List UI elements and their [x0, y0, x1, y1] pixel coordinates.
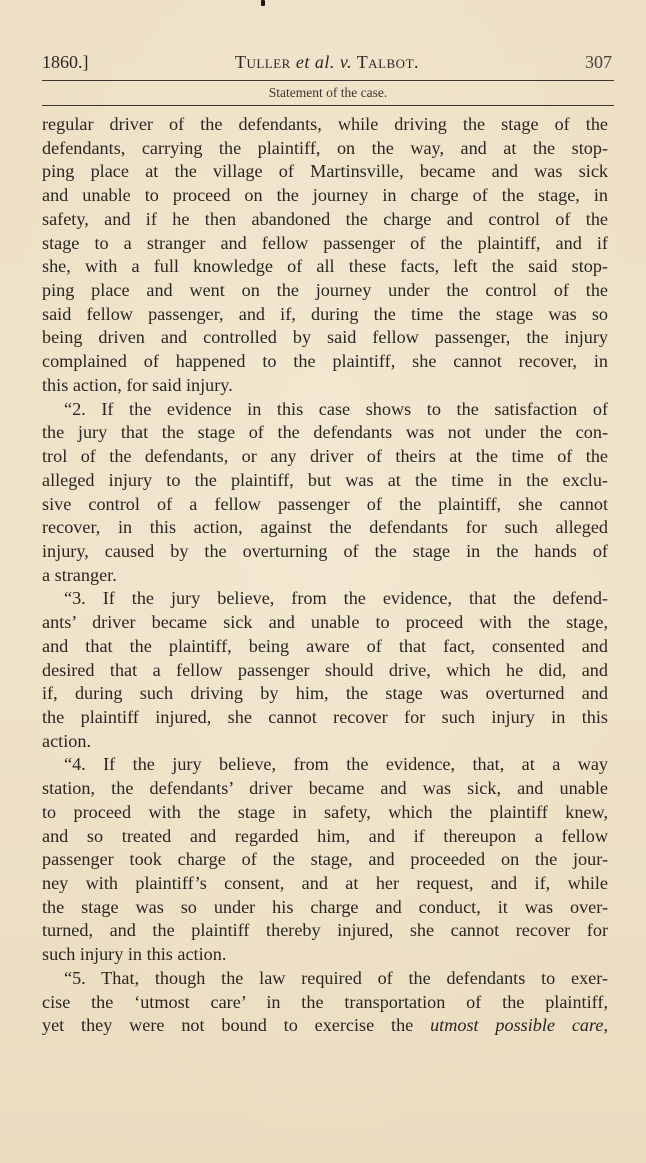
section-heading: Statement of the case.	[42, 85, 614, 101]
section-rule	[42, 105, 614, 106]
text-line: this action, for said injury.	[42, 374, 608, 398]
text-line: and unable to proceed on the journey in …	[42, 184, 608, 208]
text-line: alleged injury to the plaintiff, but was…	[42, 469, 608, 493]
text-line: the jury that the stage of the defendant…	[42, 421, 608, 445]
instruction-4-start: “4. If the jury believe, from the eviden…	[42, 753, 608, 777]
text-line: to proceed with the stage in safety, whi…	[42, 801, 608, 825]
instruction-5-start: “5. That, though the law required of the…	[42, 967, 608, 991]
header-rule	[42, 80, 614, 81]
case-party-2: Talbot.	[352, 52, 419, 72]
text-line: and that the plaintiff, being aware of t…	[42, 635, 608, 659]
text-line: regular driver of the defendants, while …	[42, 113, 608, 137]
text-line: the plaintiff injured, she cannot recove…	[42, 706, 608, 730]
text-line: station, the defendants’ driver became a…	[42, 777, 608, 801]
text-line: a stranger.	[42, 564, 608, 588]
text-line: safety, and if he then abandoned the cha…	[42, 208, 608, 232]
text-line: being driven and controlled by said fell…	[42, 326, 608, 350]
case-et-al: et al.	[296, 52, 335, 72]
text-line: and so treated and regarded him, and if …	[42, 825, 608, 849]
text-line: the stage was so under his charge and co…	[42, 896, 608, 920]
text-line: sive control of a fellow passenger of th…	[42, 493, 608, 517]
text-line: ping place and went on the journey under…	[42, 279, 608, 303]
ink-mark	[261, 0, 265, 6]
text-line: said fellow passenger, and if, during th…	[42, 303, 608, 327]
text-line: ney with plaintiff’s consent, and at her…	[42, 872, 608, 896]
instruction-3-start: “3. If the jury believe, from the eviden…	[42, 587, 608, 611]
text-line: defendants, carrying the plaintiff, on t…	[42, 137, 608, 161]
text-line: she, with a full knowledge of all these …	[42, 255, 608, 279]
text-line: ping place at the village of Martinsvill…	[42, 160, 608, 184]
text-line: if, during such driving by him, the stag…	[42, 682, 608, 706]
text-line: stage to a stranger and fellow passenger…	[42, 232, 608, 256]
text-line: cise the ‘utmost care’ in the transporta…	[42, 991, 608, 1015]
case-versus: v.	[340, 52, 352, 72]
page-number: 307	[585, 52, 612, 73]
final-line-italic-emphasis: utmost possible care	[430, 1015, 603, 1035]
scanned-book-page: 1860.] Tuller et al. v. Talbot. 307 Stat…	[0, 0, 646, 1163]
text-line: passenger took charge of the stage, and …	[42, 848, 608, 872]
text-line: trol of the defendants, or any driver of…	[42, 445, 608, 469]
case-party-1: Tuller	[235, 52, 296, 72]
text-line: ants’ driver became sick and unable to p…	[42, 611, 608, 635]
text-line: injury, caused by the overturning of the…	[42, 540, 608, 564]
text-line: such injury in this action.	[42, 943, 608, 967]
final-line-punct: ,	[603, 1015, 608, 1035]
instruction-2-start: “2. If the evidence in this case shows t…	[42, 398, 608, 422]
text-line: turned, and the plaintiff thereby injure…	[42, 919, 608, 943]
body-text: regular driver of the defendants, while …	[42, 113, 608, 1038]
running-head: 1860.] Tuller et al. v. Talbot. 307	[42, 52, 612, 76]
final-line-plain: yet they were not bound to exercise the	[42, 1015, 430, 1035]
text-line: recover, in this action, against the def…	[42, 516, 608, 540]
text-line: complained of happened to the plaintiff,…	[42, 350, 608, 374]
text-line: desired that a fellow passenger should d…	[42, 659, 608, 683]
text-line: action.	[42, 730, 608, 754]
running-head-case-title: Tuller et al. v. Talbot.	[42, 52, 612, 73]
text-line-final: yet they were not bound to exercise the …	[42, 1014, 608, 1038]
